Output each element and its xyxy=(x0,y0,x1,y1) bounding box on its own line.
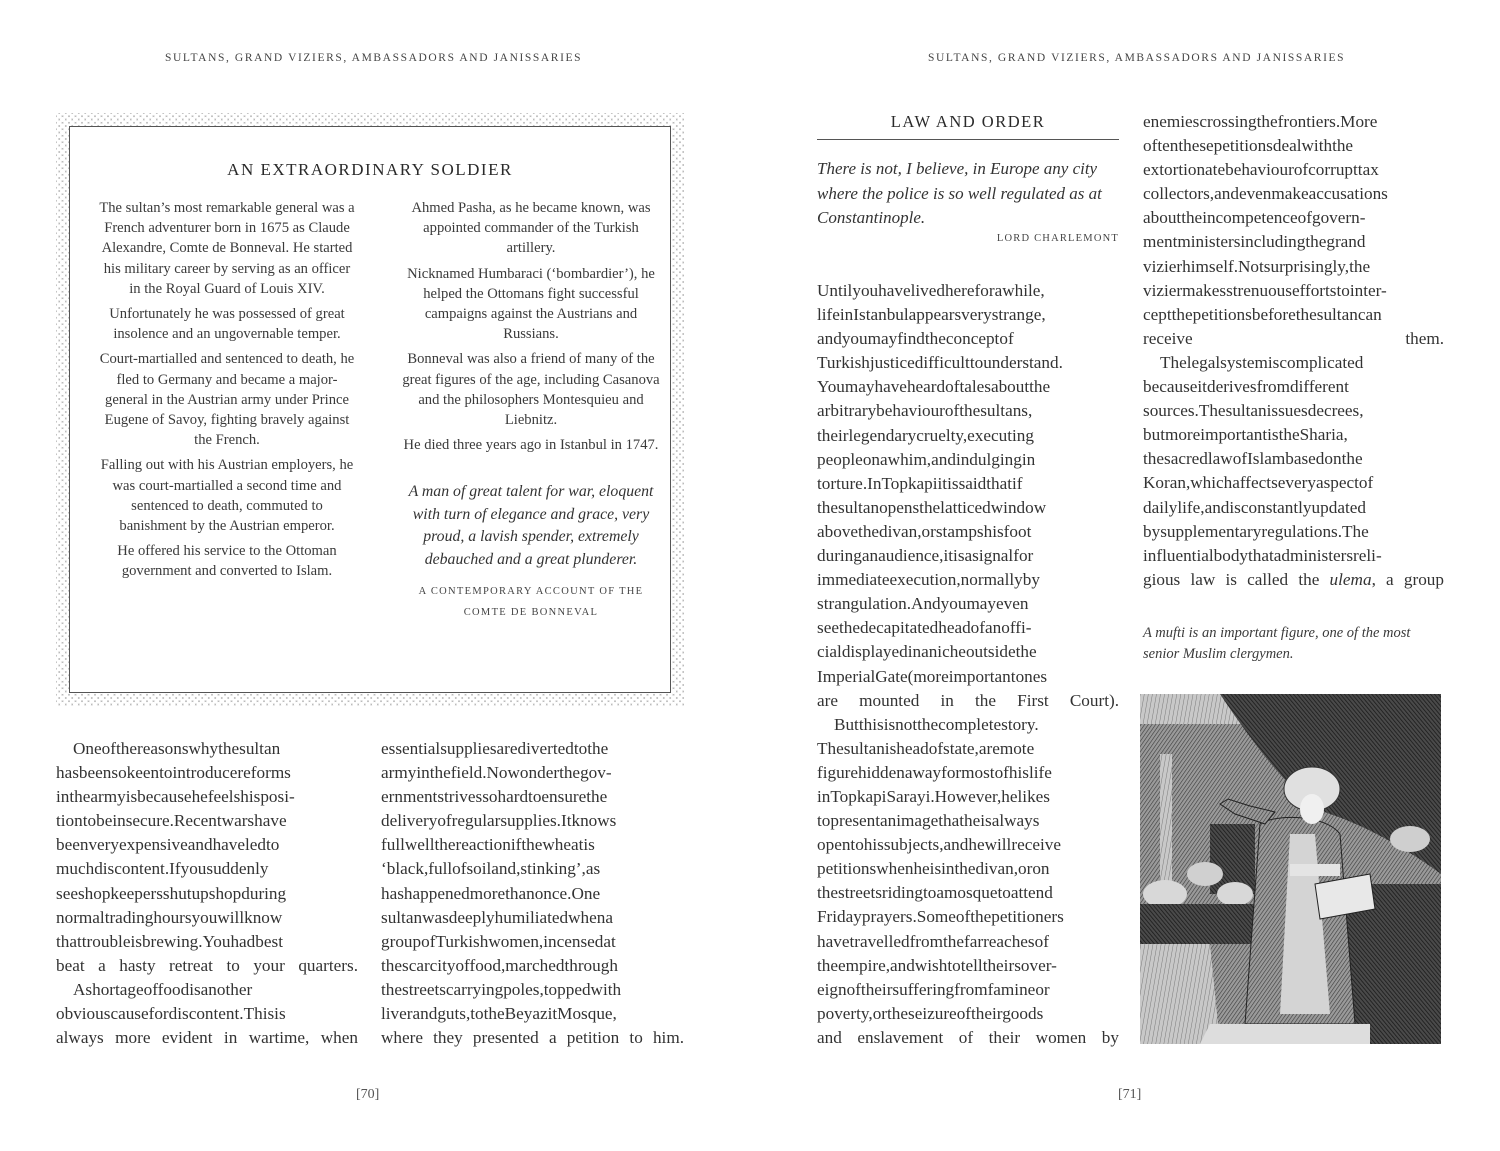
text-line: influentialbodythatadministersreli- xyxy=(1143,544,1444,568)
text-line: Koran,whichaffectseveryaspectof xyxy=(1143,471,1444,495)
text-line: beat a hasty retreat to your quarters. xyxy=(56,954,358,978)
text-line: vizierhimself.Notsurprisingly,the xyxy=(1143,255,1444,279)
body-column-right-2: enemiescrossingthefrontiers.Moreoftenthe… xyxy=(1143,110,1444,592)
text-line: Ashortageoffoodisanother xyxy=(56,978,358,1002)
text-line: ImperialGate(moreimportantones xyxy=(817,665,1119,689)
text-line: receive them. xyxy=(1143,327,1444,351)
text-line: Oneofthereasonswhythesultan xyxy=(56,737,358,761)
sidebar-quote-attribution: A CONTEMPORARY ACCOUNT OF THE COMTE DE B… xyxy=(401,581,661,623)
text-line: thestreetscarryingpoles,toppedwith xyxy=(381,978,684,1002)
text-line: havetravelledfromthefarreachesof xyxy=(817,930,1119,954)
text-line: duringanaudience,itisasignalfor xyxy=(817,544,1119,568)
text-line: topresentanimagethatheisalways xyxy=(817,809,1119,833)
text-line: ernmentstrivessohardtoensurethe xyxy=(381,785,684,809)
text-line: figurehiddenawayformostofhislife xyxy=(817,761,1119,785)
sidebar-paragraph: Ahmed Pasha, as he became known, was app… xyxy=(401,198,661,259)
text-line: butmoreimportantistheSharia, xyxy=(1143,423,1444,447)
sidebar-paragraph: Nicknamed Humbaraci (‘bombardier’), he h… xyxy=(401,264,661,345)
sidebar-paragraph: Falling out with his Austrian employers,… xyxy=(97,455,357,536)
text-line: seeshopkeepersshutupshopduring xyxy=(56,882,358,906)
text-line: deliveryofregularsupplies.Itknows xyxy=(381,809,684,833)
text-line: ‘black,fullofsoiland,stinking’,as xyxy=(381,857,684,881)
body-column-left-1: Oneofthereasonswhythesultanhasbeensokeen… xyxy=(56,737,358,1050)
sidebar-paragraph: He offered his service to the Ottoman go… xyxy=(97,541,357,581)
text-line: liverandguts,totheBeyazitMosque, xyxy=(381,1002,684,1026)
sidebar-column-left: The sultan’s most remarkable general was… xyxy=(97,198,357,587)
text-line: torture.InTopkapiitissaidthatif xyxy=(817,472,1119,496)
text-line: muchdiscontent.Ifyousuddenly xyxy=(56,857,358,881)
text-line: Turkishjusticedifficulttounderstand. xyxy=(817,351,1119,375)
text-line: Thelegalsystemiscomplicated xyxy=(1143,351,1444,375)
text-line: always more evident in wartime, when xyxy=(56,1026,358,1050)
running-head-left: SULTANS, GRAND VIZIERS, AMBASSADORS AND … xyxy=(165,52,582,64)
text-line: thescarcityoffood,marchedthrough xyxy=(381,954,684,978)
sidebar-paragraph: Unfortunately he was possessed of great … xyxy=(97,304,357,344)
text-line: enemiescrossingthefrontiers.More xyxy=(1143,110,1444,134)
sidebar-paragraph: Court-martialled and sentenced to death,… xyxy=(97,349,357,450)
text-line: thesacredlawofIslambasedonthe xyxy=(1143,447,1444,471)
text-line: theempire,andwishtotelltheirsover- xyxy=(817,954,1119,978)
left-page: SULTANS, GRAND VIZIERS, AMBASSADORS AND … xyxy=(0,0,750,1151)
sidebar-column-right: Ahmed Pasha, as he became known, was app… xyxy=(401,198,661,623)
text-line: viziermakesstrenuouseffortstointer- xyxy=(1143,279,1444,303)
text-line: Untilyouhavelivedhereforawhile, xyxy=(817,279,1119,303)
sidebar-box-lattice-border: AN EXTRAORDINARY SOLDIER The sultan’s mo… xyxy=(56,113,684,706)
text-line: Fridayprayers.Someofthepetitioners xyxy=(817,905,1119,929)
illustration-caption: A mufti is an important figure, one of t… xyxy=(1143,623,1443,665)
text-line: opentohissubjects,andhewillreceive xyxy=(817,833,1119,857)
sidebar-quote: A man of great talent for war, eloquent … xyxy=(401,481,661,571)
text-line: tiontobeinsecure.Recentwarshave xyxy=(56,809,358,833)
text-line: mentministersincludingthegrand xyxy=(1143,230,1444,254)
text-line: dailylife,andisconstantlyupdated xyxy=(1143,496,1444,520)
text-line: inTopkapiSarayi.However,helikes xyxy=(817,785,1119,809)
text-line: arbitrarybehaviourofthesultans, xyxy=(817,399,1119,423)
text-line: inthearmyisbecausehefeelshisposi- xyxy=(56,785,358,809)
text-line: abouttheincompetenceofgovern- xyxy=(1143,206,1444,230)
right-page: SULTANS, GRAND VIZIERS, AMBASSADORS AND … xyxy=(750,0,1500,1151)
text-line: seethedecapitatedheadofanoffi- xyxy=(817,616,1119,640)
body-column-right-1: Untilyouhavelivedhereforawhile,lifeinIst… xyxy=(817,279,1119,1050)
text-line: poverty,ortheseizureoftheirgoods xyxy=(817,1002,1119,1026)
text-line: groupofTurkishwomen,incensedat xyxy=(381,930,684,954)
sidebar-paragraph: He died three years ago in Istanbul in 1… xyxy=(401,435,661,455)
text-line: ceptthepetitionsbeforethesultancan xyxy=(1143,303,1444,327)
text-line: andyoumayfindtheconceptof xyxy=(817,327,1119,351)
page-number-right: [71] xyxy=(1118,1087,1141,1103)
text-line: lifeinIstanbulappearsverystrange, xyxy=(817,303,1119,327)
text-line: eignoftheirsufferingfromfamineor xyxy=(817,978,1119,1002)
text-line: strangulation.Andyoumayeven xyxy=(817,592,1119,616)
text-line: fullwellthereactionifthewheatis xyxy=(381,833,684,857)
text-line: sultanwasdeeplyhumiliatedwhena xyxy=(381,906,684,930)
epigraph-attribution: LORD CHARLEMONT xyxy=(817,233,1119,244)
epigraph-quote: There is not, I believe, in Europe any c… xyxy=(817,157,1119,231)
text-line: gious law is called the ulema, a group xyxy=(1143,568,1444,592)
sidebar-title: AN EXTRAORDINARY SOLDIER xyxy=(70,160,670,180)
section-title: LAW AND ORDER xyxy=(817,112,1119,140)
text-line: bysupplementaryregulations.The xyxy=(1143,520,1444,544)
text-line: abovethedivan,orstampshisfoot xyxy=(817,520,1119,544)
text-line: and enslavement of their women by xyxy=(817,1026,1119,1050)
text-line: are mounted in the First Court). xyxy=(817,689,1119,713)
text-line: immediateexecution,normallyby xyxy=(817,568,1119,592)
text-line: petitionswhenheisinthedivan,oron xyxy=(817,857,1119,881)
text-line: thestreetsridingtoamosquetoattend xyxy=(817,881,1119,905)
sidebar-box: AN EXTRAORDINARY SOLDIER The sultan’s mo… xyxy=(69,126,671,693)
text-line: normaltradinghoursyouwillknow xyxy=(56,906,358,930)
text-line: becauseitderivesfromdifferent xyxy=(1143,375,1444,399)
text-line: where they presented a petition to him. xyxy=(381,1026,684,1050)
text-line: essentialsuppliesaredivertedtothe xyxy=(381,737,684,761)
mufti-engraving-image xyxy=(1140,694,1441,1044)
text-line: obviouscausefordiscontent.Thisis xyxy=(56,1002,358,1026)
text-line: hasbeensokeentointroducereforms xyxy=(56,761,358,785)
page-number-left: [70] xyxy=(356,1087,379,1103)
text-line: oftenthesepetitionsdealwiththe xyxy=(1143,134,1444,158)
sidebar-paragraph: Bonneval was also a friend of many of th… xyxy=(401,349,661,430)
text-line: Thesultanisheadofstate,aremote xyxy=(817,737,1119,761)
text-line: Youmayhaveheardoftalesaboutthe xyxy=(817,375,1119,399)
term-ulema: ulema xyxy=(1330,570,1372,589)
text-line: thattroubleisbrewing.Youhadbest xyxy=(56,930,358,954)
text-line: beenveryexpensiveandhaveledto xyxy=(56,833,358,857)
text-line: extortionatebehaviourofcorrupttax xyxy=(1143,158,1444,182)
text-line: theirlegendarycruelty,executing xyxy=(817,424,1119,448)
text-line: hashappenedmorethanonce.One xyxy=(381,882,684,906)
text-line: thesultanopensthelatticedwindow xyxy=(817,496,1119,520)
text-line: collectors,andevenmakeaccusations xyxy=(1143,182,1444,206)
text-line: cialdisplayedinanicheoutsidethe xyxy=(817,640,1119,664)
text-line: peopleonawhim,andindulgingin xyxy=(817,448,1119,472)
text-line: armyinthefield.Nowonderthegov- xyxy=(381,761,684,785)
text-line: sources.Thesultanissuesdecrees, xyxy=(1143,399,1444,423)
body-column-left-2: essentialsuppliesaredivertedtothearmyint… xyxy=(381,737,684,1050)
text-line: Butthisisnotthecompletestory. xyxy=(817,713,1119,737)
running-head-right: SULTANS, GRAND VIZIERS, AMBASSADORS AND … xyxy=(928,52,1345,64)
sidebar-paragraph: The sultan’s most remarkable general was… xyxy=(97,198,357,299)
engraving-illustration-icon xyxy=(1140,694,1441,1044)
